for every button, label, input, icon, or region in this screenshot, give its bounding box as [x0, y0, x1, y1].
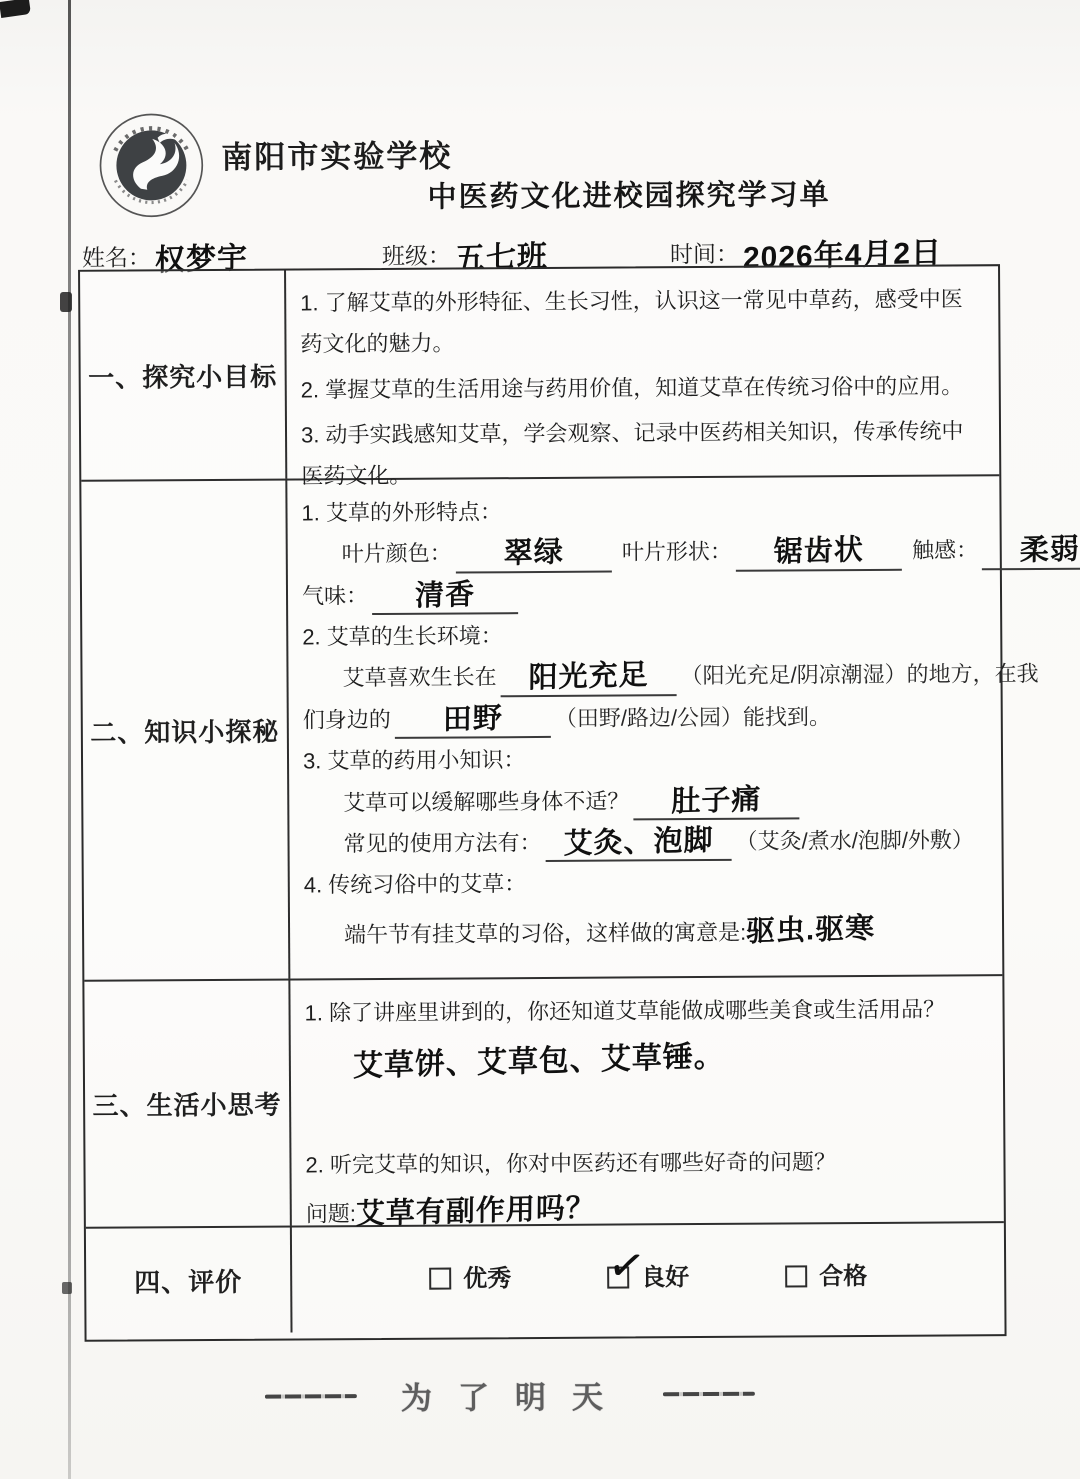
q3-method-handwritten: 艾灸、泡脚 [563, 824, 713, 861]
time-label: 时间： [670, 241, 739, 267]
knowledge-q2-line1: 艾草喜欢生长在阳光充足（阳光充足/阴凉潮湿）的地方，在我 [302, 653, 1080, 700]
q2-hint-2: （田野/路边/公园）能找到。 [555, 704, 831, 731]
leaf-color-label: 叶片颜色： [342, 541, 452, 567]
thinking-q2: 2. 听完艾草的知识，你对中医药还有哪些好奇的问题？ [305, 1140, 989, 1186]
q3-relief-blank: 肚子痛 [633, 784, 799, 820]
leaf-shape-handwritten: 锯齿状 [774, 534, 864, 570]
checkbox-good: ✓ [607, 1267, 629, 1289]
touch-blank: 柔弱软 [982, 534, 1080, 570]
checkbox-pass: ✓ [785, 1266, 807, 1288]
row-evaluation-label: 四、评价 [86, 1228, 293, 1334]
smell-blank: 清香 [372, 579, 518, 615]
thinking-q1: 1. 除了讲座里讲到的，你还知道艾草能做成哪些美食或生活用品？ [304, 988, 988, 1034]
touch-label: 触感： [912, 538, 978, 563]
knowledge-q3-line1: 艾草可以缓解哪些身体不适？肚子痛 [303, 777, 1080, 824]
eval-option-pass: ✓ 合格 [785, 1254, 867, 1300]
knowledge-q1-title: 1. 艾草的外形特点： [301, 487, 1080, 534]
knowledge-q1-blanks: 叶片颜色：翠绿 叶片形状：锯齿状 触感：柔弱软 [302, 529, 1080, 576]
eval-label-pass: 合格 [819, 1254, 867, 1299]
q3-relief-handwritten: 肚子痛 [671, 783, 761, 819]
footer-motto-text: 为了明天 [391, 1371, 629, 1417]
knowledge-q3-title: 3. 艾草的药用小知识： [303, 735, 1080, 782]
thinking-a2-handwritten: 艾草有副作用吗？ [356, 1181, 596, 1242]
row-knowledge-label: 二、知识小探秘 [81, 481, 290, 980]
knowledge-q2-title: 2. 艾草的生长环境： [302, 611, 1080, 658]
q3-line2-hint: （艾灸/煮水/泡脚/外敷） [735, 827, 973, 853]
checkbox-excellent: ✓ [429, 1268, 451, 1290]
q3-method-blank: 艾灸、泡脚 [545, 826, 731, 862]
row-knowledge-content: 1. 艾草的外形特点： 叶片颜色：翠绿 叶片形状：锯齿状 触感：柔弱软 气味：清… [287, 475, 1080, 978]
row-thinking-label: 三、生活小思考 [84, 981, 291, 1227]
thinking-a1-line: 艾草饼、艾草包、艾草锤。 [305, 1032, 989, 1093]
name-label: 姓名： [82, 244, 151, 270]
leaf-color-handwritten: 翠绿 [504, 537, 564, 572]
goal-item-1: 1. 了解艾草的外形特征、生长习性，认识这一常见中草药，感受中医药文化的魅力。 [300, 278, 984, 365]
knowledge-smell-line: 气味：清香 [302, 570, 1080, 617]
q2-line2-pre-text: 们身边的 [303, 707, 391, 733]
row-goals-label: 一、探究小目标 [80, 271, 287, 480]
footer-motto: 为了明天 [5, 1369, 1015, 1420]
school-name: 南阳市实验学校 [221, 131, 452, 177]
knowledge-q2-line2: 们身边的田野（田野/路边/公园）能找到。 [303, 694, 1080, 741]
eval-option-excellent: ✓ 优秀 [429, 1256, 511, 1302]
knowledge-q4-line: 端午节有挂艾草的习俗，这样做的寓意是:驱虫.驱寒 [304, 901, 1080, 961]
header-fields: 姓名：权梦宇 班级：五七班 时间：2026年4月2日 [82, 225, 998, 269]
footer-dash-left [265, 1394, 357, 1399]
leaf-shape-blank: 锯齿状 [736, 535, 902, 571]
q2-place-handwritten: 田野 [443, 702, 503, 737]
row-thinking-content: 1. 除了讲座里讲到的，你还知道艾草能做成哪些美食或生活用品？ 艾草饼、艾草包、… [290, 976, 1003, 1225]
q2-blank-place: 田野 [395, 703, 551, 739]
touch-handwritten: 柔弱软 [1020, 533, 1080, 569]
school-logo-seal [98, 112, 205, 219]
row-knowledge: 二、知识小探秘 1. 艾草的外形特点： 叶片颜色：翠绿 叶片形状：锯齿状 触感：… [81, 474, 1002, 980]
row-goals: 一、探究小目标 1. 了解艾草的外形特征、生长习性，认识这一常见中草药，感受中医… [80, 266, 999, 480]
q3-line2-label: 常见的使用方法有： [343, 830, 541, 856]
leaf-shape-label: 叶片形状： [622, 539, 732, 565]
problem-label: 问题: [306, 1201, 356, 1226]
q2-blank-environment: 阳光充足 [500, 661, 676, 697]
scanned-worksheet-page: 南阳市实验学校 中医药文化进校园探究学习单 姓名：权梦宇 班级：五七班 时间：2… [0, 0, 1080, 1479]
row-evaluation: 四、评价 ✓ 优秀 ✓ 良好 ✓ 合格 [86, 1221, 1005, 1334]
q3-line1-label: 艾草可以缓解哪些身体不适？ [343, 788, 629, 815]
worksheet-title: 中医药文化进校园探究学习单 [427, 172, 830, 215]
eval-option-good: ✓ 良好 [607, 1255, 689, 1301]
footer-dash-right [663, 1391, 755, 1396]
q4-meaning-handwritten: 驱虫.驱寒 [746, 901, 875, 959]
row-goals-content: 1. 了解艾草的外形特征、生长习性，认识这一常见中草药，感受中医药文化的魅力。 … [286, 266, 999, 478]
eval-label-excellent: 优秀 [463, 1256, 511, 1301]
knowledge-q4-title: 4. 传统习俗中的艾草： [304, 859, 1080, 906]
smell-label: 气味： [302, 583, 368, 608]
leaf-color-blank: 翠绿 [456, 537, 612, 573]
q4-line-label: 端午节有挂艾草的习俗，这样做的寓意是: [344, 919, 746, 946]
smell-handwritten: 清香 [415, 578, 475, 613]
class-label: 班级： [382, 243, 451, 269]
q2-environment-handwritten: 阳光充足 [528, 660, 648, 697]
knowledge-q3-line2: 常见的使用方法有：艾灸、泡脚（艾灸/煮水/泡脚/外敷） [303, 818, 1080, 865]
worksheet-table: 一、探究小目标 1. 了解艾草的外形特征、生长习性，认识这一常见中草药，感受中医… [78, 264, 1007, 1342]
thinking-a1-handwritten: 艾草饼、艾草包、艾草锤。 [353, 1029, 725, 1095]
row-thinking: 三、生活小思考 1. 除了讲座里讲到的，你还知道艾草能做成哪些美食或生活用品？ … [84, 974, 1003, 1227]
q2-pre-text: 艾草喜欢生长在 [342, 665, 496, 691]
checkmark-icon: ✓ [605, 1242, 649, 1292]
q2-hint-1: （阳光充足/阴凉潮湿）的地方，在我 [680, 661, 1038, 688]
q4-meaning-answer: 驱虫.驱寒 [746, 919, 875, 945]
goal-item-2: 2. 掌握艾草的生活用途与药用价值，知道艾草在传统习俗中的应用。 [301, 365, 985, 411]
eval-label-good: 良好 [641, 1255, 689, 1300]
